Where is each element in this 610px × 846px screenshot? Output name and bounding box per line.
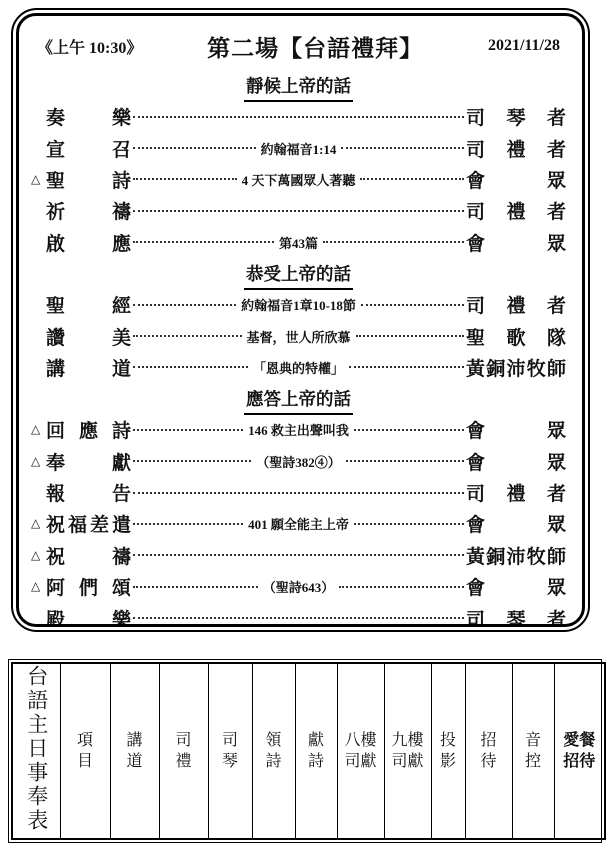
dotted-leader xyxy=(133,304,236,306)
delta-mark: △ xyxy=(31,422,46,437)
item-assignee: 黃銅沛牧師 xyxy=(466,542,566,569)
duty-col-header-line: 影 xyxy=(440,753,456,770)
dotted-leader xyxy=(133,429,243,431)
item-detail: 4 天下萬國眾人著聽 xyxy=(239,170,359,189)
dotted-leader xyxy=(133,116,464,118)
duty-col-header-line: 道 xyxy=(126,753,142,770)
program-row: 祈禱司禮者 xyxy=(31,195,566,226)
item-label: 殿樂 xyxy=(46,605,131,627)
section-title: 靜候上帝的話 xyxy=(31,70,566,101)
item-assignee: 司禮者 xyxy=(466,197,566,224)
duty-col-header-line: 獻 xyxy=(308,732,324,749)
duty-side-title: 台語主日事奉表 xyxy=(12,663,60,839)
duty-col-header-line: 項 xyxy=(77,732,93,749)
duty-col-header-line: 司獻 xyxy=(391,753,423,770)
duty-col-header-line: 愛餐 xyxy=(563,732,595,749)
item-detail: 401 願全能主上帝 xyxy=(245,514,352,533)
duty-col-header: 領詩 xyxy=(252,663,295,839)
duty-col-header-line: 音 xyxy=(525,732,541,749)
program-row: 報告司禮者 xyxy=(31,477,566,508)
item-assignee: 司禮者 xyxy=(466,479,566,506)
item-label: 阿們頌 xyxy=(46,573,131,600)
service-time: 《上午 10:30》 xyxy=(37,35,142,58)
dotted-leader xyxy=(323,241,464,243)
program-box-inner: 《上午 10:30》 第二場【台語禮拜】 2021/11/28 靜候上帝的話奏樂… xyxy=(16,13,585,627)
item-assignee: 司琴者 xyxy=(466,605,566,627)
item-assignee: 司琴者 xyxy=(466,103,566,130)
bulletin-page: 《上午 10:30》 第二場【台語禮拜】 2021/11/28 靜候上帝的話奏樂… xyxy=(0,0,610,846)
dotted-leader xyxy=(360,178,464,180)
item-assignee: 會眾 xyxy=(466,416,566,443)
item-assignee: 會眾 xyxy=(466,573,566,600)
section-title-text: 應答上帝的話 xyxy=(244,386,353,415)
item-detail: 約翰福音1章10-18節 xyxy=(238,295,359,314)
dotted-leader xyxy=(133,335,242,337)
item-assignee: 司禮者 xyxy=(466,291,566,318)
duty-col-header-line: 詩 xyxy=(308,753,324,770)
item-assignee: 會眾 xyxy=(466,229,566,256)
program-row: 奏樂司琴者 xyxy=(31,101,566,132)
duty-col-header-line: 領 xyxy=(265,732,281,749)
duty-col-header-line: 琴 xyxy=(222,753,238,770)
item-label: 啟應 xyxy=(46,229,131,256)
item-label: 聖詩 xyxy=(46,166,131,193)
dotted-leader xyxy=(133,617,464,619)
program-row: △阿們頌（聖詩643）會眾 xyxy=(31,571,566,602)
duty-col-header: 招待 xyxy=(465,663,512,839)
dotted-leader xyxy=(133,460,251,462)
page-title: 第二場【台語禮拜】 xyxy=(142,30,488,63)
duty-roster: 台語主日事奉表項目講道司禮司琴領詩獻詩八樓司獻九樓司獻投影招待音控愛餐招待 xyxy=(8,659,602,843)
item-label: 祈禱 xyxy=(46,197,131,224)
duty-col-header-line: 八樓 xyxy=(344,732,376,749)
item-detail: 第43篇 xyxy=(276,233,321,252)
dotted-leader xyxy=(346,460,464,462)
item-label: 祝福差遣 xyxy=(46,510,131,537)
duty-col-header-line: 司 xyxy=(175,732,191,749)
item-label: 讚美 xyxy=(46,323,131,350)
program-sections: 靜候上帝的話奏樂司琴者宣召約翰福音1:14司禮者△聖詩4 天下萬國眾人著聽會眾祈… xyxy=(31,70,566,627)
delta-mark: △ xyxy=(31,454,46,469)
duty-col-header-line: 禮 xyxy=(175,753,191,770)
duty-col-header-line: 講 xyxy=(126,732,142,749)
item-detail: 「恩典的特權」 xyxy=(250,358,347,377)
item-label: 宣召 xyxy=(46,135,131,162)
section-title-text: 靜候上帝的話 xyxy=(244,73,353,102)
program-row: △祝禱黃銅沛牧師 xyxy=(31,540,566,571)
dotted-leader xyxy=(133,366,248,368)
item-assignee: 會眾 xyxy=(466,448,566,475)
duty-col-header-line: 目 xyxy=(77,753,93,770)
dotted-leader xyxy=(133,492,464,494)
duty-col-header-line: 待 xyxy=(480,753,496,770)
item-assignee: 會眾 xyxy=(466,166,566,193)
duty-col-header: 投影 xyxy=(431,663,465,839)
dotted-leader xyxy=(133,554,464,556)
duty-col-header-line: 詩 xyxy=(265,753,281,770)
duty-col-header: 司禮 xyxy=(159,663,208,839)
dotted-leader xyxy=(354,429,464,431)
dotted-leader xyxy=(133,523,243,525)
item-assignee: 司禮者 xyxy=(466,135,566,162)
delta-mark: △ xyxy=(31,548,46,563)
program-row: 殿樂司琴者 xyxy=(31,602,566,627)
duty-col-header-line: 招待 xyxy=(563,753,595,770)
item-assignee: 會眾 xyxy=(466,510,566,537)
item-detail: 約翰福音1:14 xyxy=(258,139,340,158)
duty-col-header-line: 九樓 xyxy=(391,732,423,749)
duty-col-header: 九樓司獻 xyxy=(384,663,431,839)
dotted-leader xyxy=(361,304,464,306)
delta-mark: △ xyxy=(31,172,46,187)
program-box: 《上午 10:30》 第二場【台語禮拜】 2021/11/28 靜候上帝的話奏樂… xyxy=(11,8,590,632)
item-label: 聖經 xyxy=(46,291,131,318)
item-detail: 基督，世人所欣慕 xyxy=(244,327,354,346)
duty-header-row: 台語主日事奉表項目講道司禮司琴領詩獻詩八樓司獻九樓司獻投影招待音控愛餐招待 xyxy=(12,663,605,839)
delta-mark: △ xyxy=(31,579,46,594)
duty-col-header: 司琴 xyxy=(208,663,252,839)
item-detail: （聖詩382④） xyxy=(253,452,344,471)
dotted-leader xyxy=(133,241,274,243)
delta-mark: △ xyxy=(31,516,46,531)
item-label: 奉獻 xyxy=(46,448,131,475)
duty-col-header: 講道 xyxy=(110,663,159,839)
item-label: 奏樂 xyxy=(46,103,131,130)
program-row: △奉獻（聖詩382④）會眾 xyxy=(31,446,566,477)
section-title-text: 恭受上帝的話 xyxy=(244,261,353,290)
dotted-leader xyxy=(133,178,237,180)
dotted-leader xyxy=(349,366,464,368)
duty-col-header: 八樓司獻 xyxy=(337,663,384,839)
program-row: △聖詩4 天下萬國眾人著聽會眾 xyxy=(31,164,566,195)
item-label: 回應詩 xyxy=(46,416,131,443)
duty-col-header: 音控 xyxy=(512,663,554,839)
dotted-leader xyxy=(133,586,258,588)
duty-col-header: 愛餐招待 xyxy=(554,663,605,839)
item-assignee: 黃銅沛牧師 xyxy=(466,354,566,381)
duty-col-header-line: 投 xyxy=(440,732,456,749)
duty-col-header: 獻詩 xyxy=(295,663,337,839)
duty-col-header-line: 司獻 xyxy=(344,753,376,770)
program-row: 聖經約翰福音1章10-18節司禮者 xyxy=(31,289,566,320)
dotted-leader xyxy=(354,523,464,525)
item-label: 報告 xyxy=(46,479,131,506)
duty-side-title-text: 台語主日事奉表 xyxy=(26,665,47,833)
program-row: 讚美基督，世人所欣慕聖歌隊 xyxy=(31,320,566,351)
duty-col-header-line: 司 xyxy=(222,732,238,749)
section-title: 應答上帝的話 xyxy=(31,383,566,414)
dotted-leader xyxy=(356,335,465,337)
program-row: 宣召約翰福音1:14司禮者 xyxy=(31,132,566,163)
item-detail: 146 救主出聲叫我 xyxy=(245,420,352,439)
duty-table: 台語主日事奉表項目講道司禮司琴領詩獻詩八樓司獻九樓司獻投影招待音控愛餐招待 xyxy=(11,662,606,840)
item-detail: （聖詩643） xyxy=(260,577,338,596)
dotted-leader xyxy=(133,147,256,149)
item-label: 講道 xyxy=(46,354,131,381)
service-date: 2021/11/28 xyxy=(488,37,560,55)
program-row: 講道「恩典的特權」黃銅沛牧師 xyxy=(31,352,566,383)
duty-col-header-line: 招 xyxy=(480,732,496,749)
item-assignee: 聖歌隊 xyxy=(466,323,566,350)
program-row: △回應詩146 救主出聲叫我會眾 xyxy=(31,414,566,445)
item-label: 祝禱 xyxy=(46,542,131,569)
dotted-leader xyxy=(133,210,464,212)
program-row: △祝福差遣401 願全能主上帝會眾 xyxy=(31,508,566,539)
dotted-leader xyxy=(339,586,464,588)
duty-col-header: 項目 xyxy=(60,663,110,839)
program-header: 《上午 10:30》 第二場【台語禮拜】 2021/11/28 xyxy=(31,22,566,70)
dotted-leader xyxy=(341,147,464,149)
section-title: 恭受上帝的話 xyxy=(31,258,566,289)
program-row: 啟應第43篇會眾 xyxy=(31,227,566,258)
duty-col-header-line: 控 xyxy=(525,753,541,770)
